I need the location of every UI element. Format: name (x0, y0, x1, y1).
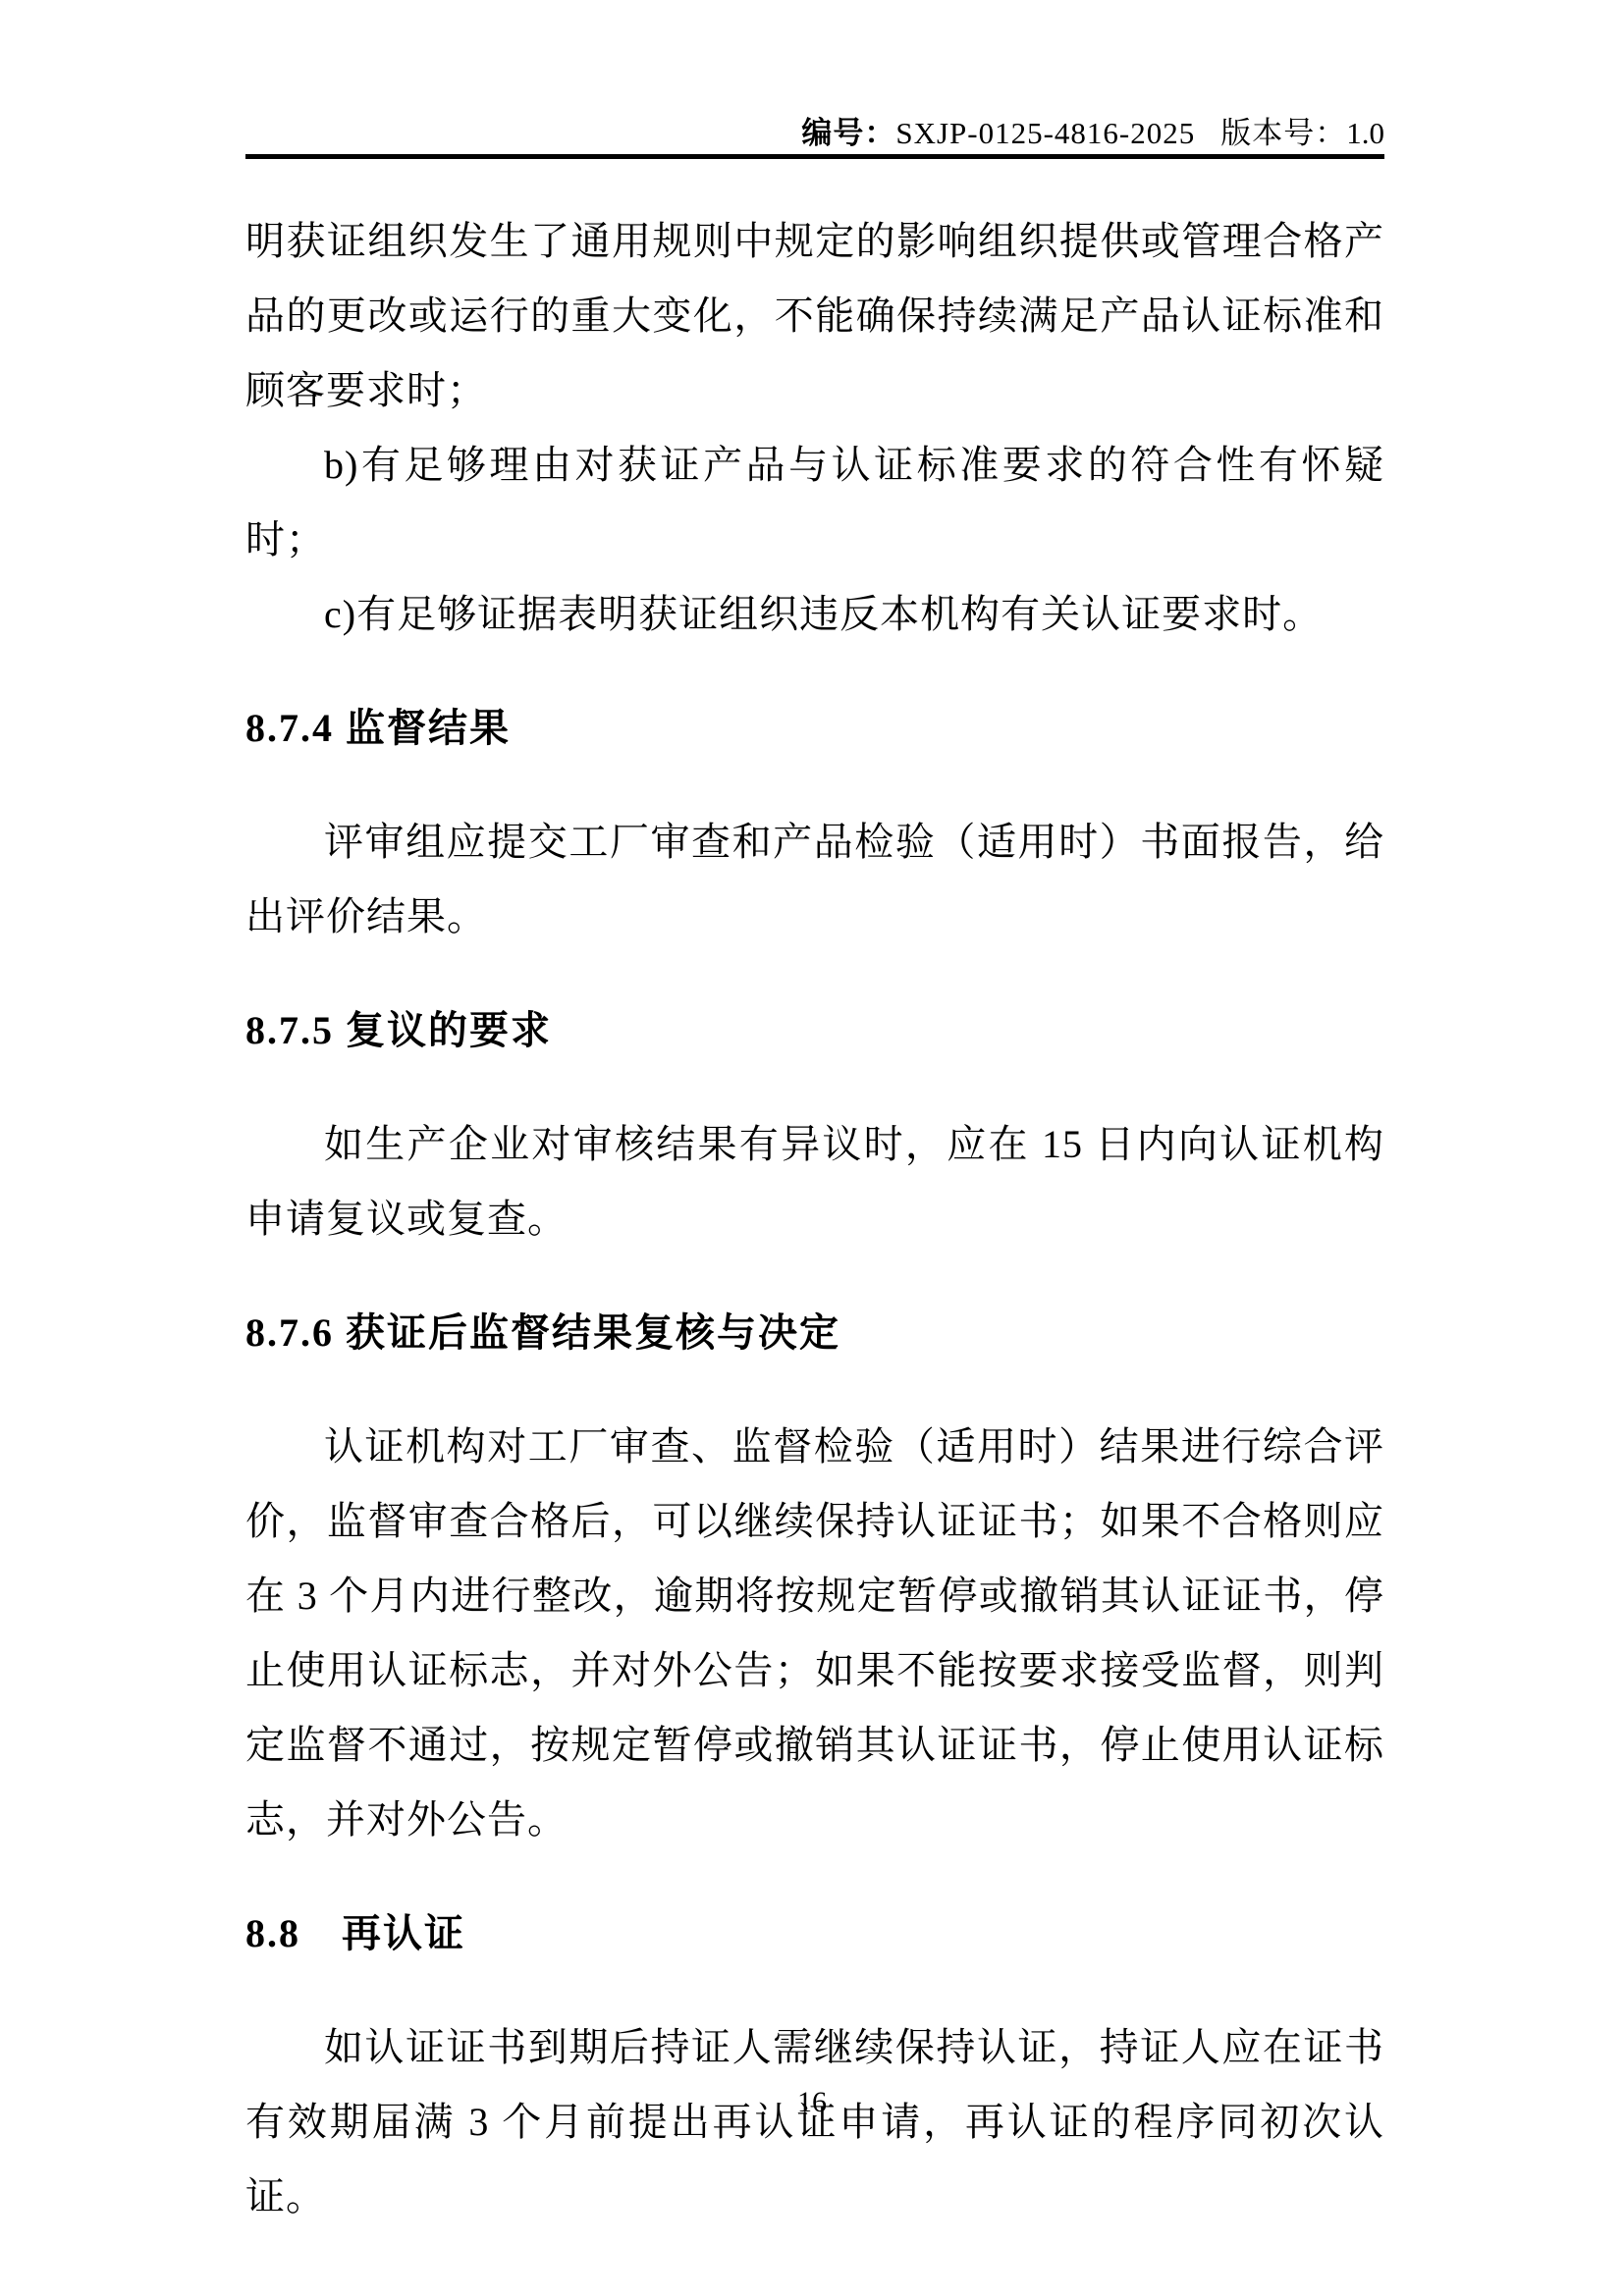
paragraph-8-7-5: 如生产企业对审核结果有异议时，应在 15 日内向认证机构申请复议或复查。 (245, 1107, 1384, 1256)
doc-number-value: SXJP-0125-4816-2025 (895, 116, 1195, 150)
page-number: 16 (797, 2086, 827, 2118)
heading-8-8: 8.8 再认证 (245, 1896, 1384, 1971)
version-label: 版本号： (1220, 116, 1346, 150)
document-body: 明获证组织发生了通用规则中规定的影响组织提供或管理合格产品的更改或运行的重大变化… (245, 159, 1384, 2234)
page-header: 编号：SXJP-0125-4816-2025版本号：1.0 (245, 0, 1384, 159)
paragraph-continuation: 明获证组织发生了通用规则中规定的影响组织提供或管理合格产品的更改或运行的重大变化… (245, 204, 1384, 428)
version-value: 1.0 (1346, 116, 1384, 150)
heading-8-7-4: 8.7.4 监督结果 (245, 691, 1384, 766)
paragraph-8-8: 如认证证书到期后持证人需继续保持认证，持证人应在证书有效期届满 3 个月前提出再… (245, 2010, 1384, 2234)
list-item-c: c)有足够证据表明获证组织违反本机构有关认证要求时。 (245, 577, 1384, 652)
heading-8-7-6: 8.7.6 获证后监督结果复核与决定 (245, 1296, 1384, 1370)
paragraph-8-7-4: 评审组应提交工厂审查和产品检验（适用时）书面报告，给出评价结果。 (245, 805, 1384, 954)
heading-8-7-5: 8.7.5 复议的要求 (245, 993, 1384, 1068)
doc-number-label: 编号： (801, 116, 895, 150)
list-item-b: b)有足够理由对获证产品与认证标准要求的符合性有怀疑时； (245, 428, 1384, 577)
paragraph-8-7-6: 认证机构对工厂审查、监督检验（适用时）结果进行综合评价，监督审查合格后，可以继续… (245, 1410, 1384, 1857)
document-page: 编号：SXJP-0125-4816-2025版本号：1.0 明获证组织发生了通用… (0, 0, 1624, 2296)
page-footer: 16 (0, 2085, 1624, 2120)
